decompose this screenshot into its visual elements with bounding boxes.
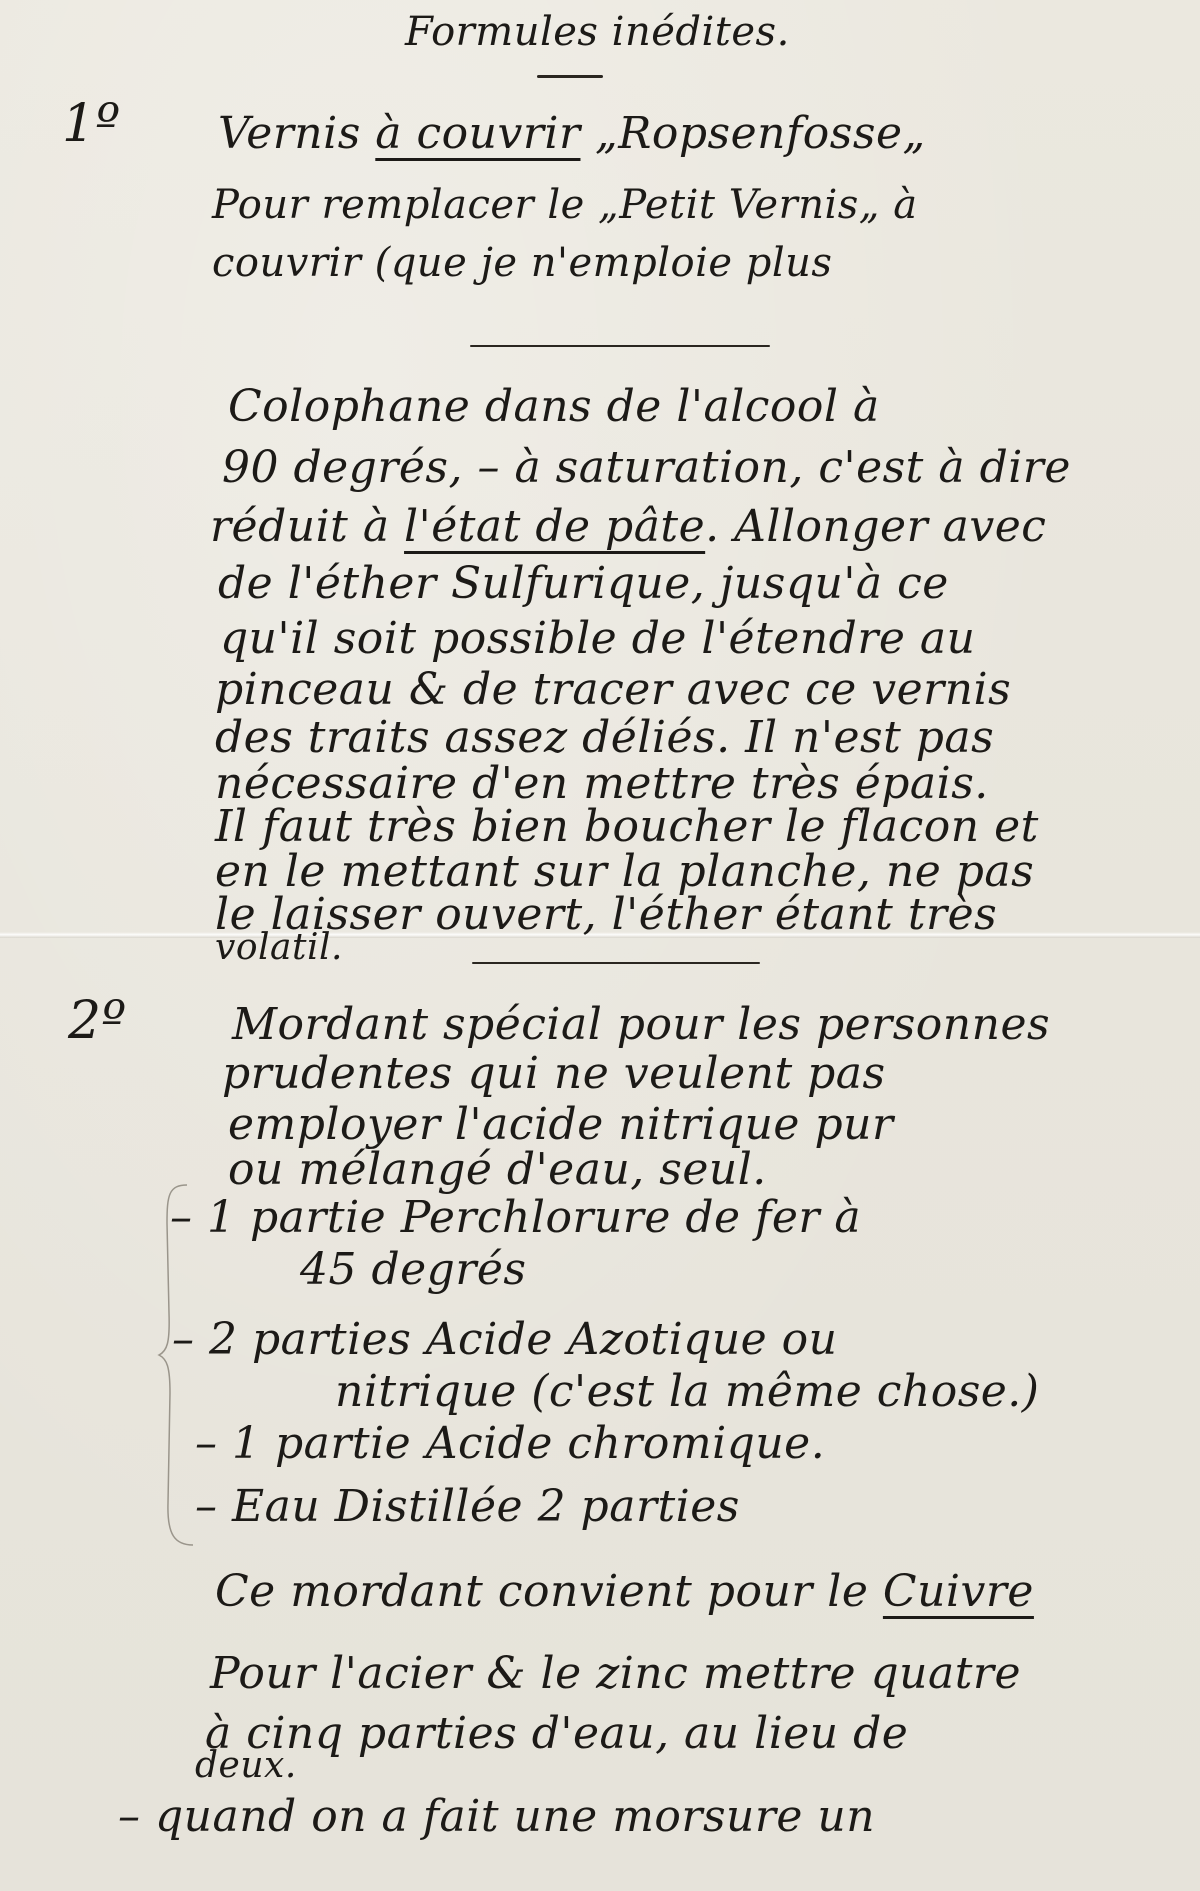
note-line: deux.: [195, 1748, 297, 1784]
body-line: Il faut très bien boucher le flacon et: [215, 805, 1039, 849]
section-number-2: 2º: [68, 995, 127, 1047]
body-line: 90 degrés, – à saturation, c'est à dire: [222, 446, 1071, 490]
ingredient-continuation: nitrique (c'est la même chose.): [335, 1370, 1039, 1414]
ingredient-item: – 1 partie Perchlorure de fer à: [170, 1196, 861, 1240]
section-1-intro-line: couvrir (que je n'emploie plus: [212, 243, 832, 283]
section-2-divider: [472, 962, 760, 964]
intro-line: Mordant spécial pour les personnes: [232, 1003, 1050, 1047]
dash: –: [195, 1481, 218, 1532]
body-line: nécessaire d'en mettre très épais.: [215, 762, 989, 806]
body-line: des traits assez déliés. Il n'est pas: [215, 716, 994, 760]
note-underlined: Cuivre: [883, 1566, 1034, 1617]
body-line: réduit à l'état de pâte. Allonger avec: [210, 505, 1046, 549]
ingredient-item: – 2 parties Acide Azotique ou: [172, 1318, 838, 1362]
section-1-heading: Vernis à couvrir „Ropsenfosse„: [218, 112, 926, 156]
section-1-intro-line: Pour remplacer le „Petit Vernis„ à: [212, 185, 918, 225]
dash: –: [170, 1192, 193, 1243]
body-line: volatil.: [215, 930, 343, 966]
ingredient-text: 1 partie Perchlorure de fer à: [207, 1192, 861, 1243]
intro-line: employer l'acide nitrique pur: [228, 1103, 893, 1147]
note-line: Pour l'acier & le zinc mettre quatre: [210, 1652, 1021, 1696]
intro-line: ou mélangé d'eau, seul.: [228, 1148, 767, 1192]
dash: –: [195, 1418, 218, 1469]
ingredient-text: 1 partie Acide chromique.: [232, 1418, 825, 1469]
note-line: – quand on a fait une morsure un: [118, 1795, 875, 1839]
body-line-prefix: réduit à: [210, 501, 404, 552]
section-1-divider: [470, 345, 770, 347]
ingredient-item: – Eau Distillée 2 parties: [195, 1485, 740, 1529]
note-line: Ce mordant convient pour le Cuivre: [215, 1570, 1034, 1614]
note-line: à cinq parties d'eau, au lieu de: [205, 1712, 908, 1756]
heading-underlined: à couvrir: [375, 108, 580, 159]
title-divider: [537, 75, 603, 78]
section-number-1: 1º: [62, 98, 121, 150]
note-prefix: Ce mordant convient pour le: [215, 1566, 883, 1617]
ingredient-item: – 1 partie Acide chromique.: [195, 1422, 825, 1466]
intro-line: prudentes qui ne veulent pas: [222, 1052, 886, 1096]
body-line-underlined: l'état de pâte: [404, 501, 705, 552]
body-line: de l'éther Sulfurique, jusqu'à ce: [218, 562, 949, 606]
dash: –: [172, 1314, 195, 1365]
heading-prefix: Vernis: [218, 108, 375, 159]
body-line: Colophane dans de l'alcool à: [228, 385, 880, 429]
body-line: qu'il soit possible de l'étendre au: [220, 617, 975, 661]
ingredient-continuation: 45 degrés: [300, 1248, 527, 1292]
page-title: Formules inédites.: [405, 12, 790, 52]
body-line: pinceau & de tracer avec ce vernis: [215, 668, 1011, 712]
ingredient-text: 2 parties Acide Azotique ou: [209, 1314, 838, 1365]
body-line-suffix: . Allonger avec: [705, 501, 1046, 552]
heading-suffix: „Ropsenfosse„: [580, 108, 925, 159]
body-line: en le mettant sur la planche, ne pas: [215, 850, 1034, 894]
ingredient-text: Eau Distillée 2 parties: [232, 1481, 740, 1532]
